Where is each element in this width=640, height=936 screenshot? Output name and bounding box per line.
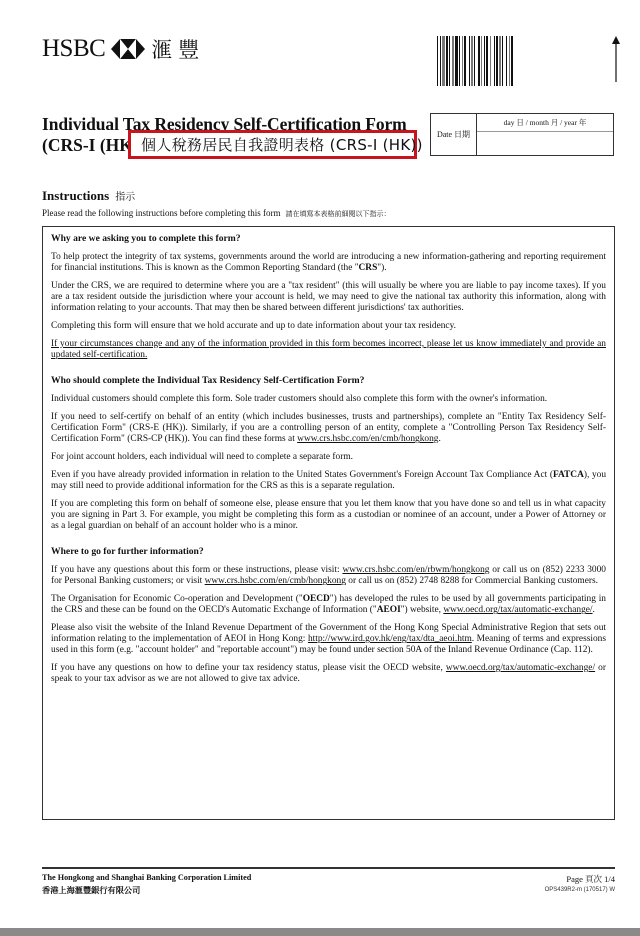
paragraph: To help protect the integrity of tax sys… bbox=[51, 252, 606, 274]
date-label: Date 日期 bbox=[431, 114, 477, 155]
up-arrow-icon bbox=[612, 36, 620, 82]
paragraph: Individual customers should complete thi… bbox=[51, 394, 606, 405]
date-format-hint: day 日 / month 月 / year 年 bbox=[477, 114, 613, 132]
instructions-subtitle: Please read the following instructions b… bbox=[42, 208, 390, 219]
highlighted-chinese-title: 個人稅務居民自我證明表格 (CRS-I (HK)) bbox=[128, 130, 417, 159]
form-reference-code: OPS439R2-m (170517) W bbox=[545, 887, 615, 893]
instructions-title-cn: 指示 bbox=[115, 192, 135, 203]
instructions-heading: Instructions指示 bbox=[42, 188, 135, 204]
hsbc-logo: HSBC 滙豐 bbox=[42, 34, 205, 64]
barcode-icon bbox=[437, 36, 553, 86]
oecd-link-2[interactable]: www.oecd.org/tax/automatic-exchange/ bbox=[446, 663, 595, 673]
page-number: Page 頁次 1/4 bbox=[566, 873, 615, 885]
form-code-title: (CRS-I (HK) bbox=[42, 135, 139, 156]
paragraph: If you have any questions on how to defi… bbox=[51, 663, 606, 685]
chinese-title: 個人稅務居民自我證明表格 (CRS-I (HK)) bbox=[141, 134, 423, 155]
date-box: Date 日期 day 日 / month 月 / year 年 bbox=[430, 113, 614, 156]
rbwm-link[interactable]: www.crs.hsbc.com/en/rbwm/hongkong bbox=[342, 565, 489, 575]
paragraph: If you need to self-certify on behalf of… bbox=[51, 412, 606, 446]
paragraph: Under the CRS, we are required to determ… bbox=[51, 281, 606, 315]
paragraph: The Organisation for Economic Co-operati… bbox=[51, 594, 606, 616]
hsbc-hexagon-icon bbox=[111, 39, 145, 59]
paragraph: Please also visit the website of the Inl… bbox=[51, 623, 606, 657]
section-heading: Who should complete the Individual Tax R… bbox=[51, 375, 606, 386]
ird-link[interactable]: http://www.ird.gov.hk/eng/tax/dta_aeoi.h… bbox=[308, 634, 472, 644]
oecd-link[interactable]: www.oecd.org/tax/automatic-exchange/ bbox=[443, 605, 592, 615]
footer-company-en: The Hongkong and Shanghai Banking Corpor… bbox=[42, 873, 251, 882]
instructions-subtitle-cn: 請在填寫本表格前細閱以下指示： bbox=[285, 210, 390, 218]
paragraph: If you have any questions about this for… bbox=[51, 565, 606, 587]
paragraph: Even if you have already provided inform… bbox=[51, 470, 606, 492]
instructions-title: Instructions bbox=[42, 188, 109, 203]
paragraph: If you are completing this form on behal… bbox=[51, 499, 606, 533]
section-heading: Why are we asking you to complete this f… bbox=[51, 233, 606, 244]
section-why: Why are we asking you to complete this f… bbox=[51, 233, 606, 361]
logo-text: HSBC bbox=[42, 35, 105, 63]
cmb-link[interactable]: www.crs.hsbc.com/en/cmb/hongkong bbox=[205, 576, 346, 586]
cmb-forms-link[interactable]: www.crs.hsbc.com/en/cmb/hongkong bbox=[297, 434, 438, 444]
footer-divider bbox=[42, 867, 615, 869]
instructions-subtitle-en: Please read the following instructions b… bbox=[42, 208, 280, 218]
paragraph: For joint account holders, each individu… bbox=[51, 452, 606, 463]
logo-chinese: 滙豐 bbox=[151, 34, 205, 64]
section-who: Who should complete the Individual Tax R… bbox=[51, 375, 606, 532]
section-where: Where to go for further information? If … bbox=[51, 546, 606, 685]
footer-company-cn: 香港上海滙豐銀行有限公司 bbox=[42, 885, 140, 896]
paragraph: Completing this form will ensure that we… bbox=[51, 321, 606, 332]
form-code: (CRS-I (HK) bbox=[42, 135, 139, 156]
section-heading: Where to go for further information? bbox=[51, 546, 606, 557]
paragraph-underlined: If your circumstances change and any of … bbox=[51, 339, 606, 361]
bottom-edge-bar bbox=[0, 928, 640, 936]
instructions-box: Why are we asking you to complete this f… bbox=[42, 226, 615, 820]
date-field[interactable] bbox=[477, 132, 613, 155]
